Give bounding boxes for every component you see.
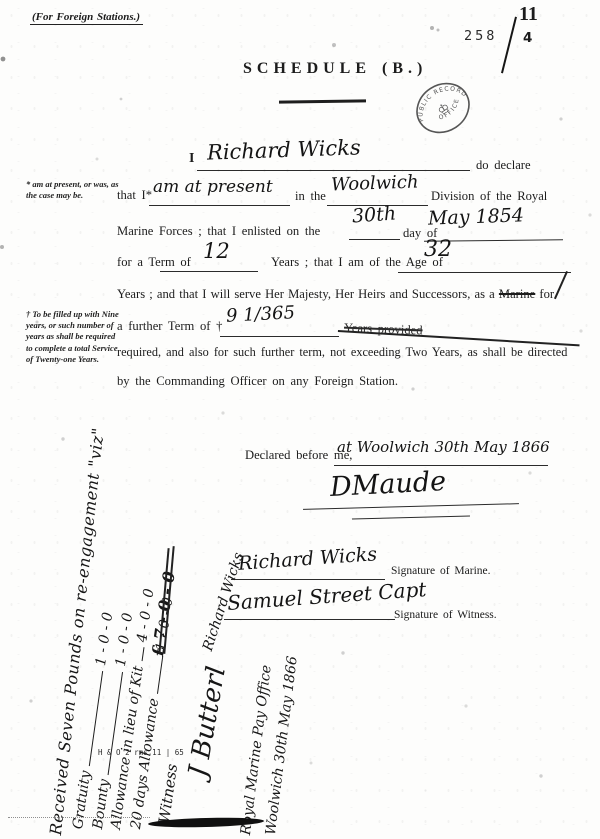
enlist-prefix: Marine Forces ; that I enlisted on the (117, 224, 320, 239)
public-record-office-stamp: PUBLIC RECORD OFFICE ♔ (402, 68, 484, 149)
reference-number: 258 (464, 28, 497, 44)
marine-signature: Richard Wicks (237, 543, 377, 575)
term-entry: 12 (203, 239, 230, 263)
margin-note-present: * am at present, or was, as the case may… (26, 179, 120, 201)
serve-line-post: for (539, 287, 554, 301)
signature-rule-2 (352, 515, 470, 519)
serve-line: Years ; and that I will serve Her Majest… (117, 287, 554, 302)
age-prefix: Years ; that I am of the Age of (271, 255, 443, 270)
further-entry: 9 1/365 (225, 302, 295, 327)
fill-line-witness-sig (224, 619, 395, 620)
paper-speckles (0, 0, 2, 2)
bottom-dotted-mark (8, 817, 150, 818)
present-entry: am at present (153, 177, 273, 197)
division-suffix: Division of the Royal (431, 189, 547, 204)
declare-i: I (189, 151, 194, 167)
printer-imprint: H & O 2 rms 11 | 65 (98, 748, 184, 757)
do-declare: do declare (476, 158, 531, 173)
schedule-b-form: (For Foreign Stations.) 258 11 4 SCHEDUL… (0, 0, 600, 839)
margin-note-term: † To be filled up with Nine years, or su… (26, 309, 120, 365)
witness-signature-caption: Signature of Witness. (394, 609, 497, 621)
station-line: by the Commanding Officer on any Foreign… (117, 374, 398, 389)
name-entry: Richard Wicks (207, 135, 361, 164)
marine-signature-caption: Signature of Marine. (391, 565, 491, 577)
title-rule (279, 99, 366, 103)
age-entry: 32 (424, 237, 452, 262)
fill-line-further (220, 336, 339, 337)
signature-rule-1 (303, 503, 519, 510)
page-title: SCHEDULE (B.) (243, 60, 427, 78)
foreign-stations-note: (For Foreign Stations.) (30, 11, 143, 25)
fill-line-marine-sig (231, 579, 385, 580)
amount-dash (137, 647, 144, 662)
term-prefix: for a Term of (117, 255, 191, 270)
amount-dash (153, 655, 163, 693)
reference-top: 11 (519, 3, 538, 26)
officer-signature: DMaude (329, 466, 447, 503)
fill-line-name (197, 170, 470, 171)
fill-line-present (149, 205, 290, 206)
reference-bottom: 4 (523, 30, 532, 46)
reference-slash (501, 17, 517, 74)
enlist-date-entry: May 1854 (428, 204, 525, 229)
fill-line-enlist-day (349, 239, 400, 240)
required-line: required, and also for such further term… (117, 345, 567, 360)
fill-line-age (398, 272, 571, 273)
receipt-witness-signature: J Butterl (183, 664, 232, 779)
serve-line-pre: Years ; and that I will serve Her Majest… (117, 287, 495, 301)
enlist-day-entry: 30th (351, 202, 396, 227)
receipt-witness-word: Witness (155, 763, 181, 825)
pen-stroke-for (554, 271, 568, 299)
declared-entry: at Woolwich 30th May 1866 (337, 438, 550, 456)
division-entry: Woolwich (331, 171, 419, 195)
fill-line-term (160, 271, 258, 272)
in-the: in the (295, 189, 326, 204)
serve-struck-word: Marine (499, 287, 535, 301)
further-prefix: a further Term of † (117, 319, 222, 334)
pen-strike-long (338, 330, 580, 346)
that-i: that I* (117, 188, 152, 203)
